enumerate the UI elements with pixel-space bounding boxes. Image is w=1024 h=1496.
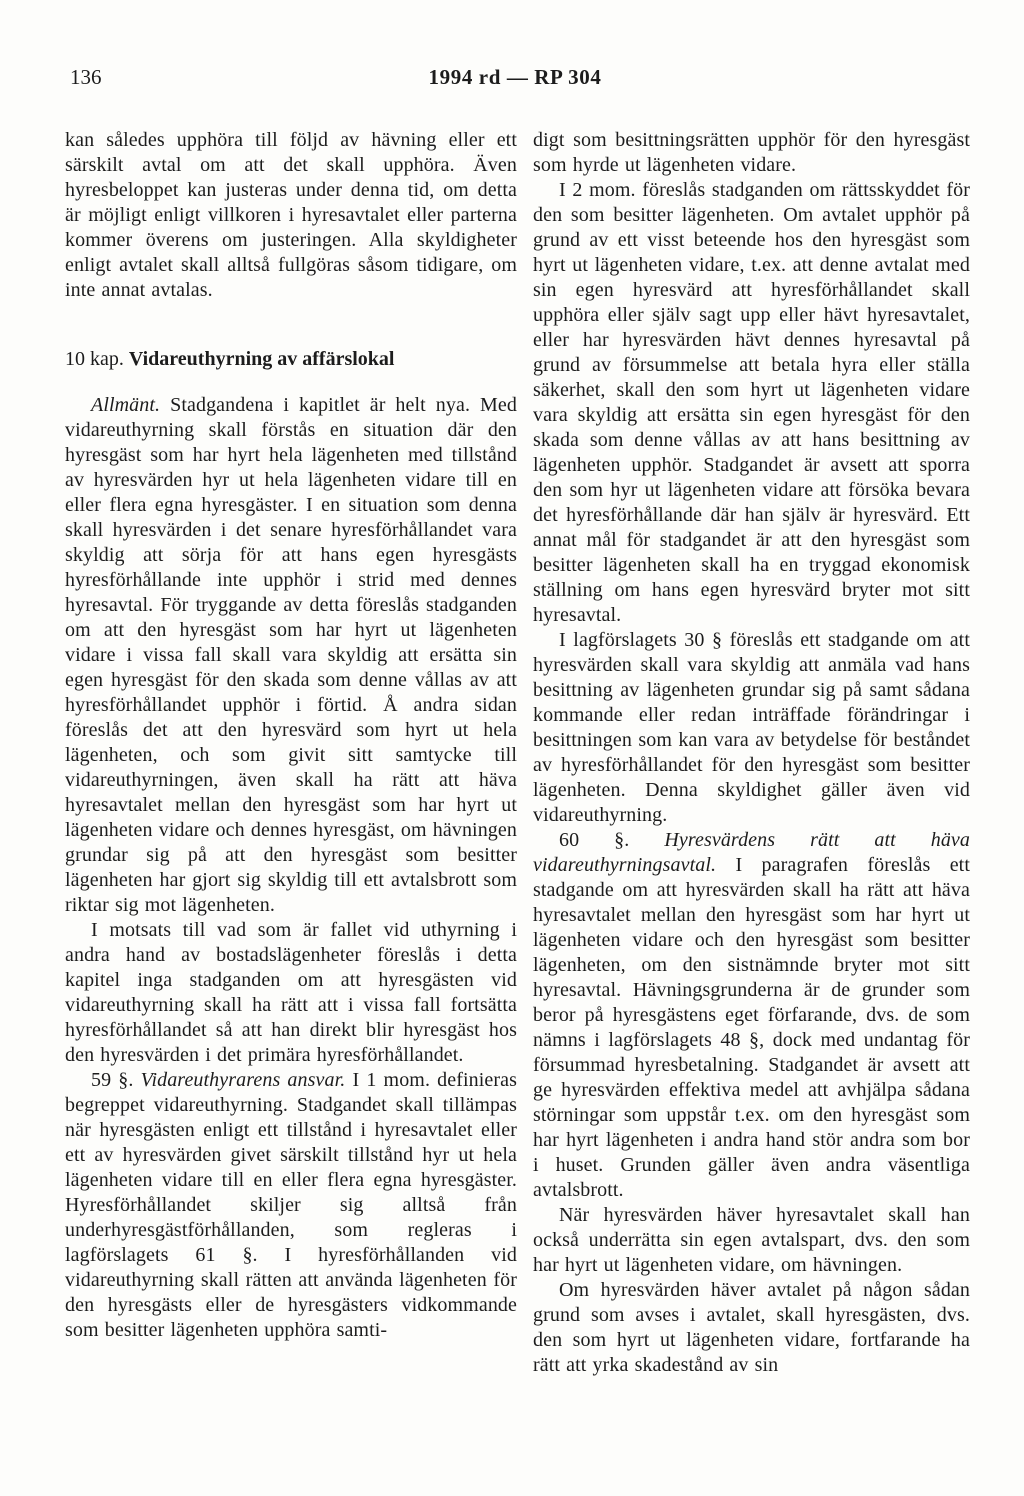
section-title-italic: Vidareuthyrarens ansvar. [141,1069,346,1091]
left-column: kan således upphöra till följd av hävnin… [65,128,517,1378]
paragraph-lead-italic: Allmänt. [91,394,160,416]
document-page: 136 1994 rd — RP 304 kan således upphöra… [0,0,1024,1496]
chapter-heading: 10 kap. Vidareuthyrning av affärslokal [65,347,517,372]
section-number: 60 §. [559,829,629,851]
section-number: 59 §. [91,1069,134,1091]
paragraph-continuation: kan således upphöra till följd av hävnin… [65,128,517,303]
paragraph: Om hyresvärden häver avtalet på någon så… [533,1278,970,1378]
paragraph-text: I 1 mom. definieras begreppet vidareuthy… [65,1069,517,1341]
paragraph: I motsats till vad som är fallet vid uth… [65,918,517,1068]
paragraph-text: I paragrafen föreslås ett stadgande om a… [533,854,970,1201]
chapter-title: Vidareuthyrning av affärslokal [129,348,395,370]
paragraph: Allmänt. Stadgandena i kapitlet är helt … [65,393,517,918]
paragraph-section-60: 60 §. Hyresvärdens rätt att häva vidareu… [533,828,970,1203]
paragraph: I 2 mom. föreslås stadganden om rättssky… [533,178,970,628]
chapter-number: 10 kap. [65,348,124,370]
text-columns: kan således upphöra till följd av hävnin… [65,128,970,1378]
paragraph: I lagförslagets 30 § föreslås ett stadga… [533,628,970,828]
header-title: 1994 rd — RP 304 [65,64,965,90]
paragraph: När hyresvärden häver hyresavtalet skall… [533,1203,970,1278]
right-column: digt som besittningsrätten upphör för de… [533,128,970,1378]
paragraph-text: Stadgandena i kapitlet är helt nya. Med … [65,394,517,916]
page-header: 136 1994 rd — RP 304 [65,64,965,92]
paragraph-section-59: 59 §. Vidareuthyrarens ansvar. I 1 mom. … [65,1068,517,1343]
paragraph-continuation: digt som besittningsrätten upphör för de… [533,128,970,178]
